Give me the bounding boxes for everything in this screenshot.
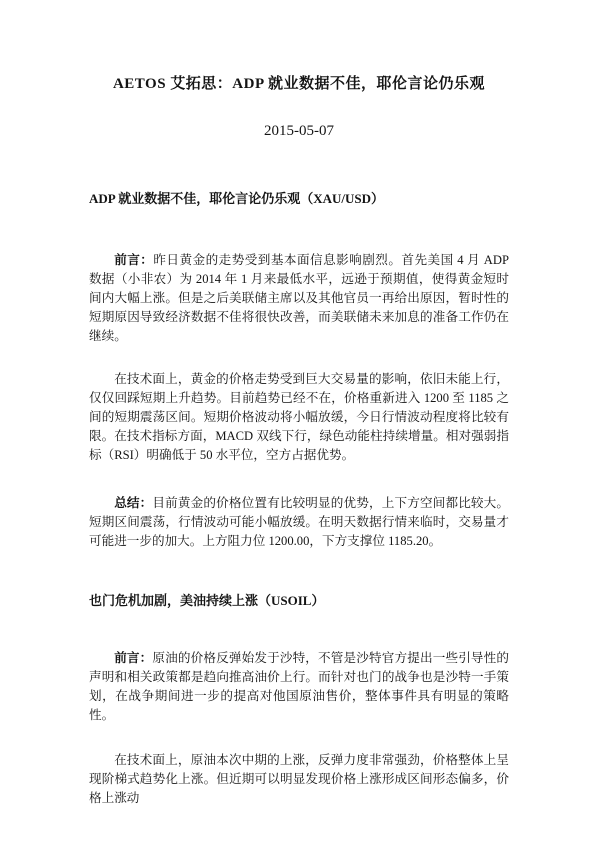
section-heading-usoil: 也门危机加剧，美油持续上涨（USOIL）: [89, 591, 509, 611]
paragraph-oil-intro: 前言：原油的价格反弹始发于沙特，不管是沙特官方提出一些引导性的声明和相关政策都是…: [89, 649, 509, 725]
section-heading-xauusd: ADP 就业数据不佳，耶伦言论仍乐观（XAU/USD）: [89, 189, 509, 209]
paragraph-text: 原油的价格反弹始发于沙特，不管是沙特官方提出一些引导性的声明和相关政策都是趋向推…: [89, 651, 509, 722]
paragraph-text: 在技术面上，黄金的价格走势受到巨大交易量的影响，依旧未能上行，仅仅回踩短期上升趋…: [89, 372, 509, 462]
paragraph-gold-summary: 总结：目前黄金的价格位置有比较明显的优势，上下方空间都比较大。短期区间震荡，行情…: [89, 494, 509, 551]
paragraph-gold-technical: 在技术面上，黄金的价格走势受到巨大交易量的影响，依旧未能上行，仅仅回踩短期上升趋…: [89, 370, 509, 465]
paragraph-lead: 前言：: [114, 651, 152, 665]
paragraph-gold-intro: 前言：昨日黄金的走势受到基本面信息影响剧烈。首先美国 4 月 ADP 数据（小非…: [89, 251, 509, 346]
document-title: AETOS 艾拓思：ADP 就业数据不佳，耶伦言论仍乐观: [89, 74, 509, 94]
document-page: AETOS 艾拓思：ADP 就业数据不佳，耶伦言论仍乐观 2015-05-07 …: [0, 0, 595, 842]
paragraph-oil-technical: 在技术面上，原油本次中期的上涨，反弹力度非常强劲，价格整体上呈现阶梯式趋势化上涨…: [89, 751, 509, 808]
paragraph-lead: 前言：: [114, 253, 153, 267]
paragraph-text: 目前黄金的价格位置有比较明显的优势，上下方空间都比较大。短期区间震荡，行情波动可…: [89, 496, 509, 548]
paragraph-text: 在技术面上，原油本次中期的上涨，反弹力度非常强劲，价格整体上呈现阶梯式趋势化上涨…: [89, 753, 509, 805]
document-date: 2015-05-07: [89, 121, 509, 141]
paragraph-lead: 总结：: [114, 496, 152, 510]
